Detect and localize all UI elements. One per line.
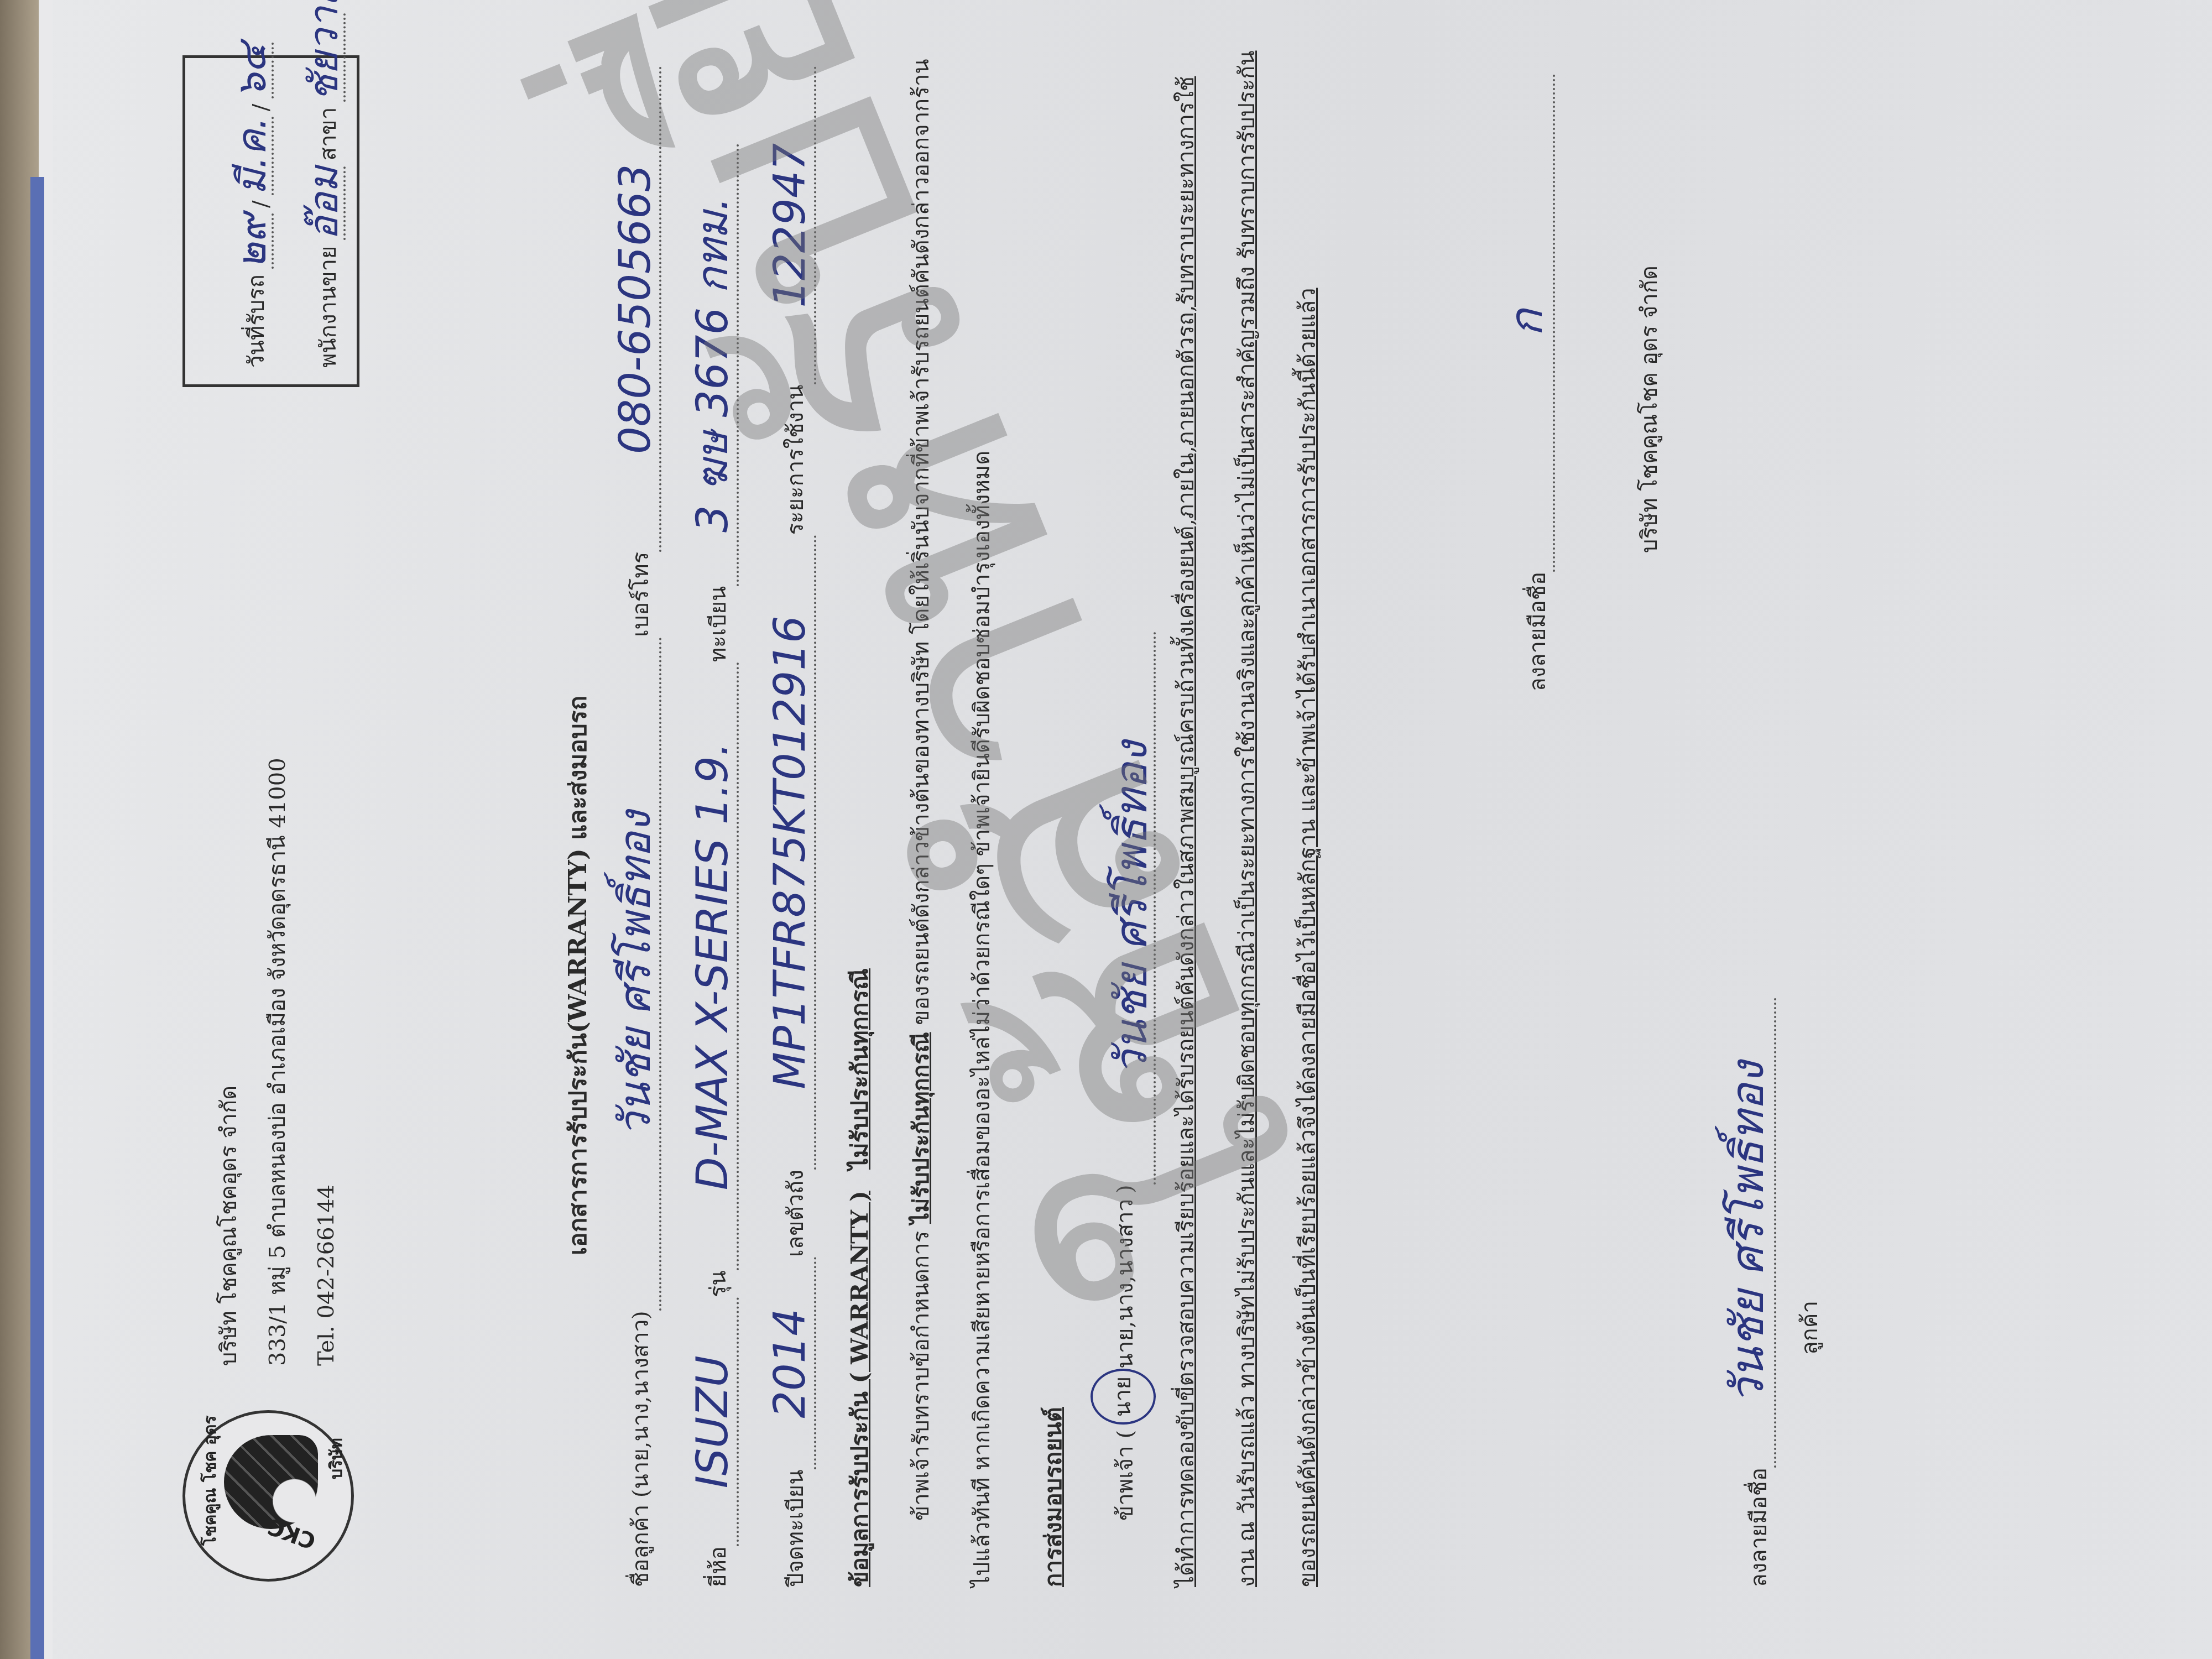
company-signature: ก bbox=[1504, 74, 1555, 572]
receipt-info-box: วันที่รับรถ ๒๙ / มี.ค. / ๖๔ พนักงานขาย อ… bbox=[182, 55, 359, 387]
company-name: บริษัท โชคคูณโชคอุดร จำกัด bbox=[205, 758, 253, 1366]
receipt-date-row: วันที่รับรถ ๒๙ / มี.ค. / ๖๔ bbox=[202, 75, 274, 368]
customer-signature-line: ลงลายมือชื่อ วันชัย ศรีโพธิ์ทอง bbox=[1725, 998, 1776, 1587]
model-label: รุ่น bbox=[700, 1270, 739, 1297]
delivery-lead: ข้าพเจ้า ( bbox=[1095, 1430, 1156, 1521]
branch-name: ชัยวาส bbox=[304, 13, 346, 102]
document-title: เอกสารการรับประกัน(WARRANTY) และส่งมอบรถ bbox=[559, 696, 597, 1255]
warranty-para-lead: ข้าพเจ้ารับทราบข้อกำหนดการ bbox=[909, 1231, 934, 1521]
company-header: บริษัท โชคคูณโชคอุดร จำกัด 333/1 หมู่ 5 … bbox=[205, 758, 351, 1366]
company-role: บริษัท โชคคูณโชค อุดร จำกัด bbox=[1631, 265, 1667, 553]
customer-signature: วันชัย ศรีโพธิ์ทอง bbox=[1725, 998, 1776, 1468]
company-sign-label: ลงลายมือชื่อ bbox=[1520, 572, 1555, 691]
warranty-heading: ข้อมูลการรับประกัน ( WARRANTY ) bbox=[846, 1191, 873, 1587]
salesperson-label: พนักงานขาย bbox=[310, 246, 346, 368]
company-signature-line: ลงลายมือชื่อ ก bbox=[1504, 74, 1555, 691]
customer-sign-label: ลงลายมือชื่อ bbox=[1741, 1468, 1776, 1587]
receipt-month: มี.ค. bbox=[232, 117, 274, 195]
year-label: ปีจดทะเบียน bbox=[778, 1470, 816, 1588]
vehicle-brand: ISUZU bbox=[691, 1297, 739, 1546]
receipt-year: ๖๔ bbox=[232, 43, 274, 98]
vehicle-year: 2014 bbox=[769, 1257, 816, 1469]
vehicle-model: D-MAX X-SERIES 1.9. bbox=[691, 662, 739, 1270]
logo-ring-text-bottom: บริษัท bbox=[324, 1438, 349, 1479]
blue-folder-edge bbox=[30, 177, 44, 1659]
customer-role: ลูกค้า bbox=[1792, 1301, 1827, 1355]
branch-label: สาขา bbox=[310, 107, 346, 161]
company-logo: โชคคูณ โชค อุดร CKC บริษัท bbox=[182, 1410, 354, 1582]
chassis-label: เลขตัวถัง bbox=[778, 1170, 816, 1257]
receipt-day: ๒๙ bbox=[232, 213, 274, 269]
customer-name: วันชัย ศรีโพธิ์ทอง bbox=[614, 637, 661, 1311]
phone-label: เบอร์โทร bbox=[623, 552, 661, 637]
logo-ring-text: โชคคูณ โชค อุดร bbox=[197, 1416, 223, 1546]
salesperson-name: อ๊อม bbox=[304, 166, 346, 241]
salesperson-row: พนักงานขาย อ๊อม สาขา ชัยวาส bbox=[274, 75, 346, 368]
company-address: 333/1 หมู่ 5 ตำบลหนองบ่อ อำเภอเมือง จังห… bbox=[253, 758, 302, 1366]
logo-swirl-icon bbox=[224, 1435, 318, 1529]
brand-label: ยี่ห้อ bbox=[700, 1546, 739, 1587]
delivery-title-circled: นาย bbox=[1091, 1369, 1156, 1425]
customer-name-label: ชื่อลูกค้า (นาย,นาง,นางสาว) bbox=[623, 1311, 661, 1587]
warranty-document: โชคคูณ โชค อุดร CKC บริษัท บริษัท โชคคูณ… bbox=[138, 28, 2074, 1631]
receipt-date-label: วันที่รับรถ bbox=[238, 274, 274, 368]
company-tel: Tel. 042-266144 bbox=[302, 758, 351, 1366]
